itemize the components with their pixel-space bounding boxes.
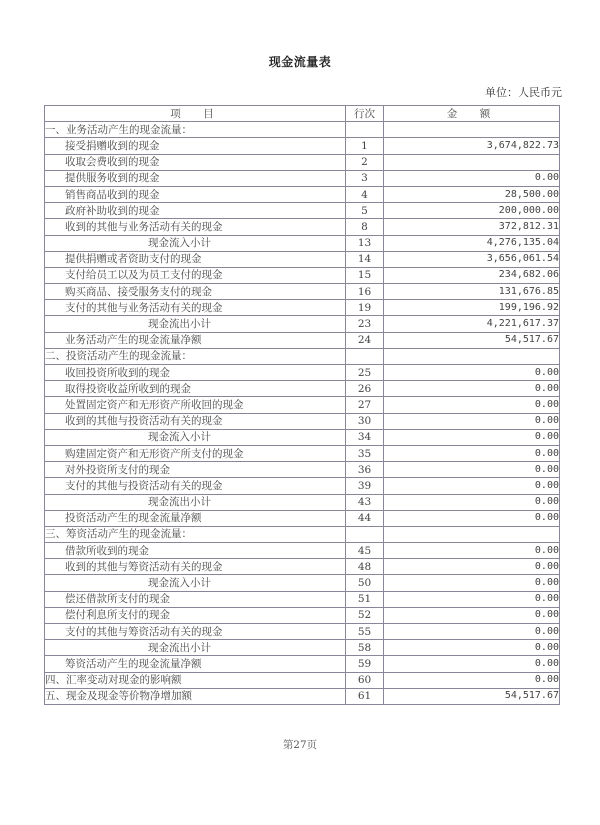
row-amount: 0.00 — [384, 607, 560, 623]
table-header-row: 项 目 行次 金 额 — [45, 106, 560, 122]
row-line-number: 39 — [346, 478, 384, 494]
table-row: 借款所收到的现金450.00 — [45, 543, 560, 559]
row-line-number: 4 — [346, 186, 384, 202]
table-row: 支付的其他与业务活动有关的现金19199,196.92 — [45, 300, 560, 316]
row-amount: 54,517.67 — [384, 688, 560, 704]
row-amount: 0.00 — [384, 462, 560, 478]
row-item-label: 支付给员工以及为员工支付的现金 — [45, 267, 346, 283]
row-item-label: 偿还借款所支付的现金 — [45, 591, 346, 607]
header-line-number: 行次 — [346, 106, 384, 122]
table-row: 现金流入小计340.00 — [45, 429, 560, 445]
table-row: 接受捐赠收到的现金13,674,822.73 — [45, 138, 560, 154]
table-row: 现金流出小计580.00 — [45, 640, 560, 656]
row-line-number: 27 — [346, 397, 384, 413]
table-row: 一、业务活动产生的现金流量： — [45, 122, 560, 138]
page-number: 第27页 — [0, 737, 600, 752]
row-amount: 0.00 — [384, 413, 560, 429]
row-line-number: 55 — [346, 624, 384, 640]
row-amount: 0.00 — [384, 672, 560, 688]
row-amount — [384, 526, 560, 542]
table-row: 处置固定资产和无形资产所收回的现金270.00 — [45, 397, 560, 413]
row-line-number: 15 — [346, 267, 384, 283]
row-amount: 0.00 — [384, 445, 560, 461]
row-item-label: 现金流出小计 — [45, 316, 346, 332]
table-row: 收回投资所收到的现金250.00 — [45, 365, 560, 381]
table-row: 偿还借款所支付的现金510.00 — [45, 591, 560, 607]
table-row: 二、投资活动产生的现金流量： — [45, 348, 560, 364]
row-item-label: 现金流出小计 — [45, 640, 346, 656]
table-row: 收到的其他与业务活动有关的现金8372,812.31 — [45, 219, 560, 235]
table-row: 政府补助收到的现金5200,000.00 — [45, 203, 560, 219]
row-amount: 200,000.00 — [384, 203, 560, 219]
row-item-label: 投资活动产生的现金流量净额 — [45, 510, 346, 526]
table-row: 销售商品收到的现金428,500.00 — [45, 186, 560, 202]
row-line-number: 26 — [346, 381, 384, 397]
row-item-label: 二、投资活动产生的现金流量： — [45, 348, 346, 364]
row-amount: 234,682.06 — [384, 267, 560, 283]
row-line-number: 51 — [346, 591, 384, 607]
table-row: 收到的其他与筹资活动有关的现金480.00 — [45, 559, 560, 575]
row-item-label: 借款所收到的现金 — [45, 543, 346, 559]
row-line-number: 34 — [346, 429, 384, 445]
row-line-number: 24 — [346, 332, 384, 348]
row-line-number: 58 — [346, 640, 384, 656]
row-line-number: 45 — [346, 543, 384, 559]
row-amount: 0.00 — [384, 510, 560, 526]
row-item-label: 接受捐赠收到的现金 — [45, 138, 346, 154]
table-row: 收取会费收到的现金2 — [45, 154, 560, 170]
row-amount: 0.00 — [384, 575, 560, 591]
row-item-label: 偿付利息所支付的现金 — [45, 607, 346, 623]
row-item-label: 支付的其他与投资活动有关的现金 — [45, 478, 346, 494]
row-amount: 199,196.92 — [384, 300, 560, 316]
row-item-label: 对外投资所支付的现金 — [45, 462, 346, 478]
row-amount: 0.00 — [384, 170, 560, 186]
row-line-number: 3 — [346, 170, 384, 186]
row-item-label: 收到的其他与投资活动有关的现金 — [45, 413, 346, 429]
row-line-number — [346, 526, 384, 542]
row-item-label: 业务活动产生的现金流量净额 — [45, 332, 346, 348]
table-row: 收到的其他与投资活动有关的现金300.00 — [45, 413, 560, 429]
document-title: 现金流量表 — [0, 53, 600, 70]
row-line-number — [346, 122, 384, 138]
row-amount: 4,221,617.37 — [384, 316, 560, 332]
row-amount: 0.00 — [384, 559, 560, 575]
row-amount: 0.00 — [384, 381, 560, 397]
row-item-label: 筹资活动产生的现金流量净额 — [45, 656, 346, 672]
row-line-number: 43 — [346, 494, 384, 510]
table-row: 提供捐赠或者资助支付的现金143,656,061.54 — [45, 251, 560, 267]
table-row: 支付给员工以及为员工支付的现金15234,682.06 — [45, 267, 560, 283]
row-item-label: 一、业务活动产生的现金流量： — [45, 122, 346, 138]
row-item-label: 取得投资收益所收到的现金 — [45, 381, 346, 397]
row-amount: 0.00 — [384, 478, 560, 494]
table-row: 购建固定资产和无形资产所支付的现金350.00 — [45, 445, 560, 461]
row-line-number: 1 — [346, 138, 384, 154]
row-line-number: 35 — [346, 445, 384, 461]
row-line-number: 48 — [346, 559, 384, 575]
row-item-label: 提供捐赠或者资助支付的现金 — [45, 251, 346, 267]
row-line-number: 60 — [346, 672, 384, 688]
row-item-label: 现金流入小计 — [45, 429, 346, 445]
table-row: 三、筹资活动产生的现金流量： — [45, 526, 560, 542]
row-line-number: 52 — [346, 607, 384, 623]
row-item-label: 购建固定资产和无形资产所支付的现金 — [45, 445, 346, 461]
row-item-label: 提供服务收到的现金 — [45, 170, 346, 186]
row-amount: 0.00 — [384, 656, 560, 672]
row-amount: 0.00 — [384, 429, 560, 445]
row-line-number: 5 — [346, 203, 384, 219]
row-line-number: 13 — [346, 235, 384, 251]
row-line-number: 16 — [346, 284, 384, 300]
row-line-number: 30 — [346, 413, 384, 429]
row-item-label: 三、筹资活动产生的现金流量： — [45, 526, 346, 542]
header-amount: 金 额 — [384, 106, 560, 122]
row-amount: 28,500.00 — [384, 186, 560, 202]
row-item-label: 购买商品、接受服务支付的现金 — [45, 284, 346, 300]
row-amount: 372,812.31 — [384, 219, 560, 235]
row-item-label: 收取会费收到的现金 — [45, 154, 346, 170]
row-line-number: 23 — [346, 316, 384, 332]
row-line-number: 14 — [346, 251, 384, 267]
row-item-label: 四、汇率变动对现金的影响额 — [45, 672, 346, 688]
table-row: 提供服务收到的现金30.00 — [45, 170, 560, 186]
table-row: 支付的其他与筹资活动有关的现金550.00 — [45, 624, 560, 640]
row-line-number: 50 — [346, 575, 384, 591]
row-amount — [384, 154, 560, 170]
row-amount: 3,656,061.54 — [384, 251, 560, 267]
table-row: 业务活动产生的现金流量净额2454,517.67 — [45, 332, 560, 348]
table-row: 五、现金及现金等价物净增加额6154,517.67 — [45, 688, 560, 704]
row-item-label: 现金流出小计 — [45, 494, 346, 510]
row-item-label: 收回投资所收到的现金 — [45, 365, 346, 381]
row-amount: 0.00 — [384, 397, 560, 413]
row-item-label: 支付的其他与业务活动有关的现金 — [45, 300, 346, 316]
row-line-number: 36 — [346, 462, 384, 478]
table-row: 购买商品、接受服务支付的现金16131,676.85 — [45, 284, 560, 300]
table-row: 四、汇率变动对现金的影响额600.00 — [45, 672, 560, 688]
currency-unit: 单位：人民币元 — [485, 84, 562, 100]
row-amount: 54,517.67 — [384, 332, 560, 348]
row-amount: 0.00 — [384, 640, 560, 656]
row-amount: 131,676.85 — [384, 284, 560, 300]
row-amount: 0.00 — [384, 494, 560, 510]
row-line-number: 61 — [346, 688, 384, 704]
row-item-label: 收到的其他与业务活动有关的现金 — [45, 219, 346, 235]
table-row: 偿付利息所支付的现金520.00 — [45, 607, 560, 623]
row-amount: 0.00 — [384, 543, 560, 559]
row-amount: 3,674,822.73 — [384, 138, 560, 154]
table-body: 一、业务活动产生的现金流量：接受捐赠收到的现金13,674,822.73收取会费… — [45, 122, 560, 705]
row-item-label: 处置固定资产和无形资产所收回的现金 — [45, 397, 346, 413]
table-row: 对外投资所支付的现金360.00 — [45, 462, 560, 478]
row-item-label: 五、现金及现金等价物净增加额 — [45, 688, 346, 704]
table-row: 支付的其他与投资活动有关的现金390.00 — [45, 478, 560, 494]
row-line-number: 2 — [346, 154, 384, 170]
row-line-number: 19 — [346, 300, 384, 316]
row-amount — [384, 348, 560, 364]
row-item-label: 收到的其他与筹资活动有关的现金 — [45, 559, 346, 575]
row-line-number: 25 — [346, 365, 384, 381]
row-amount — [384, 122, 560, 138]
cash-flow-table: 项 目 行次 金 额 一、业务活动产生的现金流量：接受捐赠收到的现金13,674… — [44, 105, 560, 705]
row-item-label: 现金流入小计 — [45, 235, 346, 251]
row-line-number: 8 — [346, 219, 384, 235]
row-item-label: 销售商品收到的现金 — [45, 186, 346, 202]
table-row: 现金流入小计134,276,135.04 — [45, 235, 560, 251]
row-amount: 0.00 — [384, 624, 560, 640]
row-amount: 0.00 — [384, 365, 560, 381]
row-item-label: 现金流入小计 — [45, 575, 346, 591]
row-line-number: 44 — [346, 510, 384, 526]
row-line-number: 59 — [346, 656, 384, 672]
table-row: 现金流出小计234,221,617.37 — [45, 316, 560, 332]
table-row: 筹资活动产生的现金流量净额590.00 — [45, 656, 560, 672]
header-item: 项 目 — [45, 106, 346, 122]
table-row: 现金流出小计430.00 — [45, 494, 560, 510]
row-line-number — [346, 348, 384, 364]
table-row: 取得投资收益所收到的现金260.00 — [45, 381, 560, 397]
table-row: 现金流入小计500.00 — [45, 575, 560, 591]
table-row: 投资活动产生的现金流量净额440.00 — [45, 510, 560, 526]
row-amount: 4,276,135.04 — [384, 235, 560, 251]
row-item-label: 支付的其他与筹资活动有关的现金 — [45, 624, 346, 640]
row-amount: 0.00 — [384, 591, 560, 607]
row-item-label: 政府补助收到的现金 — [45, 203, 346, 219]
